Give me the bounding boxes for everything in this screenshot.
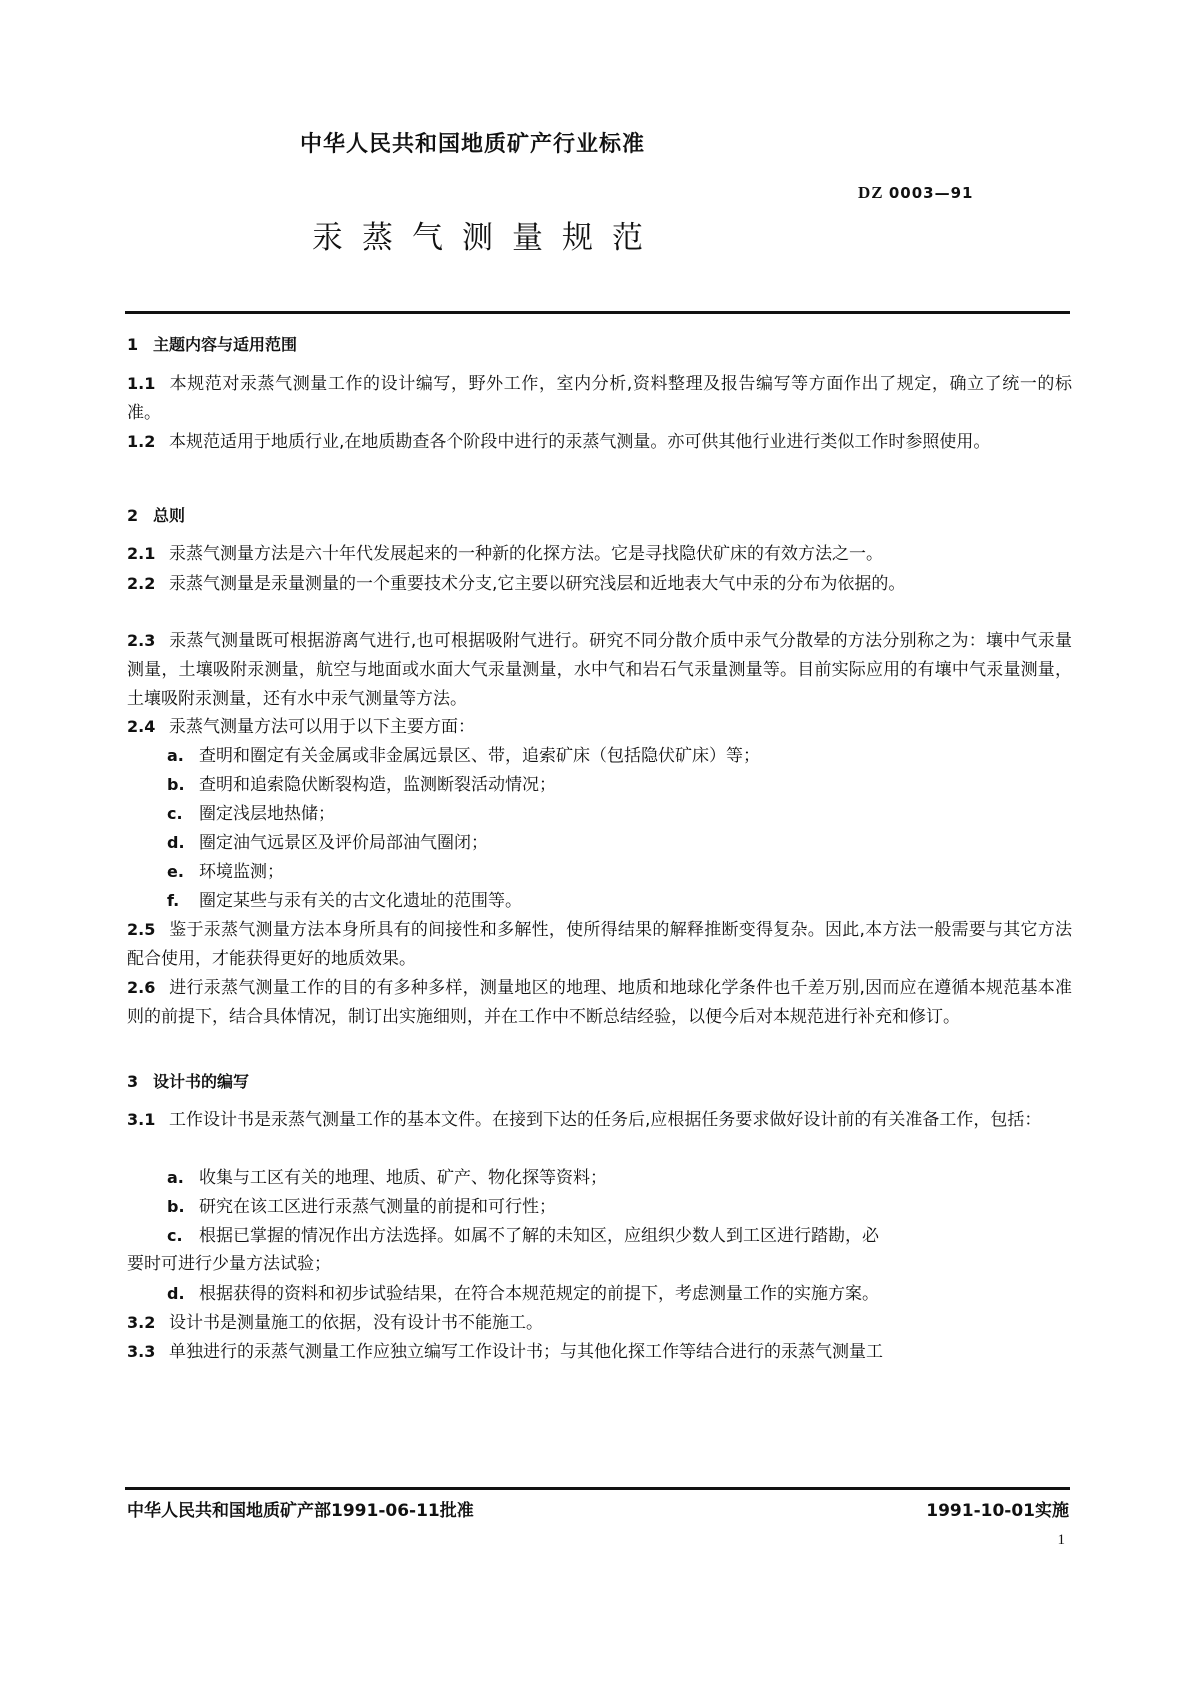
standard-code-number: 0003—91 bbox=[889, 184, 974, 202]
effective-date: 1991-10-01实施 bbox=[926, 1496, 1069, 1521]
paragraph: 2.2汞蒸气测量是汞量测量的一个重要技术分支,它主要以研究浅层和近地表大气中汞的… bbox=[127, 569, 1072, 599]
paragraph: 2.5鉴于汞蒸气测量方法本身所具有的间接性和多解性，使所得结果的解释推断变得复杂… bbox=[127, 915, 1072, 974]
approval-date: 中华人民共和国地质矿产部1991-06-11批准 bbox=[127, 1496, 474, 1521]
list-item: e.环境监测； bbox=[127, 857, 1112, 887]
issuing-organization: 中华人民共和国地质矿产行业标准 bbox=[300, 127, 645, 158]
list-item: b.研究在该工区进行汞蒸气测量的前提和可行性； bbox=[127, 1192, 1112, 1222]
footer-divider bbox=[125, 1487, 1070, 1490]
list-item-continuation: 要时可进行少量方法试验； bbox=[127, 1250, 1072, 1279]
list-item: d.根据获得的资料和初步试验结果，在符合本规范规定的前提下，考虑测量工作的实施方… bbox=[127, 1279, 1112, 1309]
paragraph: 2.1汞蒸气测量方法是六十年代发展起来的一种新的化探方法。它是寻找隐伏矿床的有效… bbox=[127, 539, 1072, 569]
list-item: c.根据已掌握的情况作出方法选择。如属不了解的未知区，应组织少数人到工区进行踏勘… bbox=[127, 1221, 1112, 1251]
paragraph: 2.4汞蒸气测量方法可以用于以下主要方面： bbox=[127, 712, 1072, 742]
list-item: a.收集与工区有关的地理、地质、矿产、物化探等资料； bbox=[127, 1163, 1112, 1193]
page-number: 1 bbox=[1058, 1532, 1066, 1549]
list-item: b.查明和追索隐伏断裂构造，监测断裂活动情况； bbox=[127, 770, 1112, 800]
paragraph: 2.6进行汞蒸气测量工作的目的有多种多样，测量地区的地理、地质和地球化学条件也千… bbox=[127, 973, 1072, 1032]
section-heading: 3设计书的编写 bbox=[127, 1067, 1072, 1096]
section-heading: 1主题内容与适用范围 bbox=[127, 330, 1072, 359]
section-heading: 2总则 bbox=[127, 501, 1072, 530]
header-divider bbox=[125, 311, 1070, 314]
standard-code-prefix: DZ bbox=[858, 183, 884, 202]
paragraph: 1.2本规范适用于地质行业,在地质勘查各个阶段中进行的汞蒸气测量。亦可供其他行业… bbox=[127, 427, 1072, 457]
paragraph: 3.3单独进行的汞蒸气测量工作应独立编写工作设计书；与其他化探工作等结合进行的汞… bbox=[127, 1337, 1072, 1367]
document-title: 汞蒸气测量规范 bbox=[312, 212, 662, 257]
list-item: c.圈定浅层地热储； bbox=[127, 799, 1112, 829]
paragraph: 3.1工作设计书是汞蒸气测量工作的基本文件。在接到下达的任务后,应根据任务要求做… bbox=[127, 1105, 1072, 1135]
list-item: a.查明和圈定有关金属或非金属远景区、带，追索矿床（包括隐伏矿床）等； bbox=[127, 741, 1112, 771]
paragraph: 2.3汞蒸气测量既可根据游离气进行,也可根据吸附气进行。研究不同分散介质中汞气分… bbox=[127, 626, 1072, 714]
paragraph: 3.2设计书是测量施工的依据，没有设计书不能施工。 bbox=[127, 1308, 1072, 1338]
standard-code: DZ 0003—91 bbox=[858, 183, 974, 203]
list-item: d.圈定油气远景区及评价局部油气圈闭； bbox=[127, 828, 1112, 858]
paragraph: 1.1本规范对汞蒸气测量工作的设计编写，野外工作，室内分析,资料整理及报告编写等… bbox=[127, 369, 1072, 428]
list-item: f.圈定某些与汞有关的古文化遗址的范围等。 bbox=[127, 886, 1112, 916]
